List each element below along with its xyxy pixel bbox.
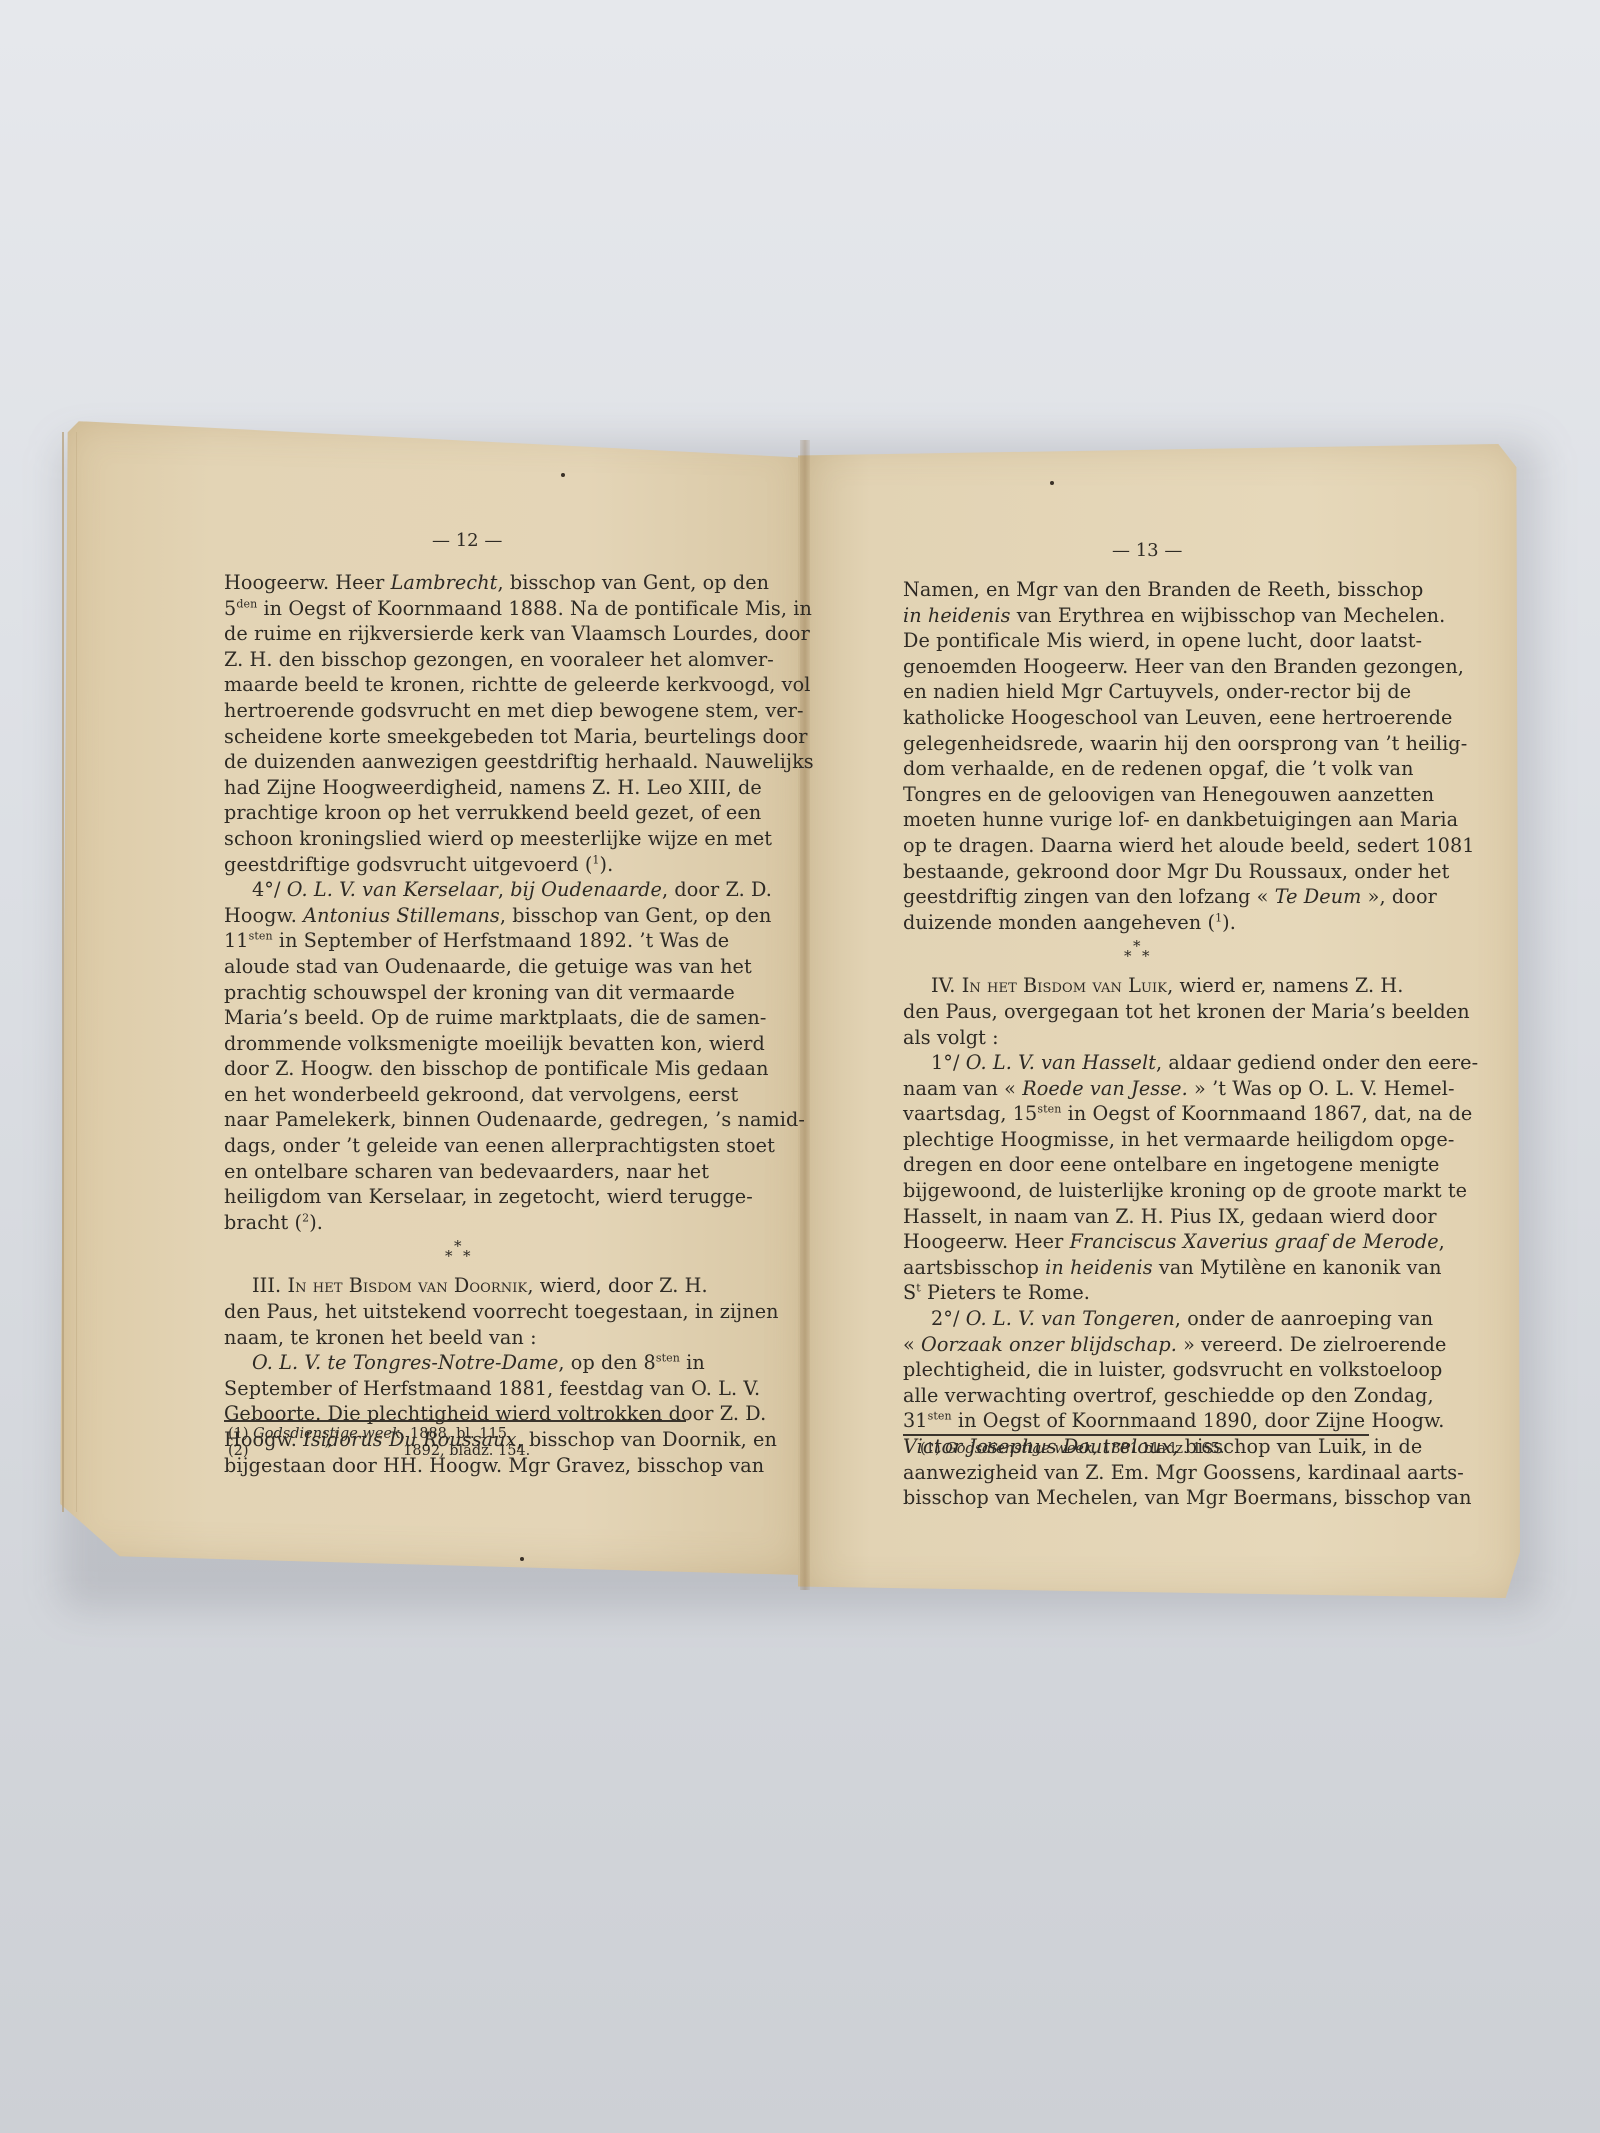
text-line: in heidenis van Erythrea en wijbisschop … bbox=[903, 603, 1373, 629]
left-page-body-text: Hoogeerw. Heer Lambrecht, bisschop van G… bbox=[224, 570, 694, 1478]
left-page-footnotes: (1) Godsdienstige week, 1888, bl. 115.(2… bbox=[228, 1426, 530, 1460]
text-line: dregen en door eene ontelbare en ingetog… bbox=[903, 1152, 1373, 1178]
text-line: gelegenheidsrede, waarin hij den oorspro… bbox=[903, 731, 1373, 757]
text-line: de ruime en rijkversierde kerk van Vlaam… bbox=[224, 621, 694, 647]
text-line: hertroerende godsvrucht en met diep bewo… bbox=[224, 698, 694, 724]
text-line: Tongres en de geloovigen van Henegouwen … bbox=[903, 782, 1373, 808]
text-line: 2°/ O. L. V. van Tongeren, onder de aanr… bbox=[903, 1306, 1373, 1332]
text-line: heiligdom van Kerselaar, in zegetocht, w… bbox=[224, 1184, 694, 1210]
text-line: katholicke Hoogeschool van Leuven, eene … bbox=[903, 705, 1373, 731]
page-number-left: — 12 — bbox=[432, 530, 502, 551]
text-line: bestaande, gekroond door Mgr Du Roussaux… bbox=[903, 859, 1373, 885]
text-line: Geboorte. Die plechtigheid wierd voltrok… bbox=[224, 1401, 694, 1427]
text-line: dom verhaalde, en de redenen opgaf, die … bbox=[903, 756, 1373, 782]
text-line: en ontelbare scharen van bedevaarders, n… bbox=[224, 1159, 694, 1185]
text-line: dags, onder ’t geleide van eenen allerpr… bbox=[224, 1133, 694, 1159]
text-line: prachtige kroon op het verrukkend beeld … bbox=[224, 800, 694, 826]
text-line: 11sten in September of Herfstmaand 1892.… bbox=[224, 928, 694, 954]
paper-speck bbox=[561, 473, 565, 477]
text-line: en het wonderbeeld gekroond, dat vervolg… bbox=[224, 1082, 694, 1108]
text-line: aartsbisschop in heidenis van Mytilène e… bbox=[903, 1255, 1373, 1281]
asterism-divider: *** bbox=[224, 1235, 694, 1273]
text-line: naam van « Roede van Jesse. » ’t Was op … bbox=[903, 1076, 1373, 1102]
text-line: Namen, en Mgr van den Branden de Reeth, … bbox=[903, 577, 1373, 603]
asterism-divider: *** bbox=[903, 935, 1373, 973]
text-line: bijgewoond, de luisterlijke kroning op d… bbox=[903, 1178, 1373, 1204]
text-line: O. L. V. te Tongres-Notre-Dame, op den 8… bbox=[224, 1350, 694, 1376]
text-line: 31sten in Oegst of Koornmaand 1890, door… bbox=[903, 1408, 1373, 1434]
text-line: naar Pamelekerk, binnen Oudenaarde, gedr… bbox=[224, 1107, 694, 1133]
footnote-rule-left bbox=[224, 1420, 686, 1422]
text-line: De pontificale Mis wierd, in opene lucht… bbox=[903, 628, 1373, 654]
text-line: geestdriftig zingen van den lofzang « Te… bbox=[903, 884, 1373, 910]
text-line: genoemden Hoogeerw. Heer van den Branden… bbox=[903, 654, 1373, 680]
text-line: naam, te kronen het beeld van : bbox=[224, 1325, 694, 1351]
text-line: III. In het Bisdom van Doornik, wierd, d… bbox=[224, 1273, 694, 1299]
footnote: (1) Godsdienstige week, 1888, bl. 115. bbox=[228, 1426, 530, 1443]
text-line: den Paus, het uitstekend voorrecht toege… bbox=[224, 1299, 694, 1325]
text-line: door Z. Hoogw. den bisschop de pontifica… bbox=[224, 1056, 694, 1082]
text-line: den Paus, overgegaan tot het kronen der … bbox=[903, 999, 1373, 1025]
text-line: Hoogeerw. Heer Franciscus Xaverius graaf… bbox=[903, 1229, 1373, 1255]
text-line: alle verwachting overtrof, geschiedde op… bbox=[903, 1383, 1373, 1409]
text-line: « Oorzaak onzer blijdschap. » vereerd. D… bbox=[903, 1332, 1373, 1358]
text-line: bracht (2). bbox=[224, 1210, 694, 1236]
page-stack-edge bbox=[62, 432, 77, 1512]
paper-speck bbox=[1050, 481, 1054, 485]
text-line: scheidene korte smeekgebeden tot Maria, … bbox=[224, 724, 694, 750]
text-line: Hoogw. Antonius Stillemans, bisschop van… bbox=[224, 903, 694, 929]
page-number-right: — 13 — bbox=[1112, 540, 1182, 561]
text-line: 4°/ O. L. V. van Kerselaar, bij Oudenaar… bbox=[224, 877, 694, 903]
text-line: als volgt : bbox=[903, 1025, 1373, 1051]
text-line: aloude stad van Oudenaarde, die getuige … bbox=[224, 954, 694, 980]
text-line: vaartsdag, 15sten in Oegst of Koornmaand… bbox=[903, 1101, 1373, 1127]
text-line: op te dragen. Daarna wierd het aloude be… bbox=[903, 833, 1373, 859]
text-line: Maria’s beeld. Op de ruime marktplaats, … bbox=[224, 1005, 694, 1031]
text-line: aanwezigheid van Z. Em. Mgr Goossens, ka… bbox=[903, 1460, 1373, 1486]
text-line: plechtige Hoogmisse, in het vermaarde he… bbox=[903, 1127, 1373, 1153]
text-line: plechtigheid, die in luister, godsvrucht… bbox=[903, 1357, 1373, 1383]
text-line: IV. In het Bisdom van Luik, wierd er, na… bbox=[903, 973, 1373, 999]
text-line: schoon kroningslied wierd op meesterlijk… bbox=[224, 826, 694, 852]
text-line: duizende monden aangeheven (1). bbox=[903, 910, 1373, 936]
text-line: 5den in Oegst of Koornmaand 1888. Na de … bbox=[224, 596, 694, 622]
text-line: Hasselt, in naam van Z. H. Pius IX, geda… bbox=[903, 1204, 1373, 1230]
text-line: had Zijne Hoogweerdigheid, namens Z. H. … bbox=[224, 775, 694, 801]
text-line: prachtig schouwspel der kroning van dit … bbox=[224, 980, 694, 1006]
text-line: de duizenden aanwezigen geestdriftig her… bbox=[224, 749, 694, 775]
text-line: drommende volksmenigte moeilijk bevatten… bbox=[224, 1031, 694, 1057]
text-line: en nadien hield Mgr Cartuyvels, onder-re… bbox=[903, 679, 1373, 705]
right-page-footnotes: (1) Godsdienstige week, 1881 bladz. 165. bbox=[920, 1441, 1225, 1458]
footnote: (2) ”1892, bladz. 154. bbox=[228, 1443, 530, 1460]
text-line: bisschop van Mechelen, van Mgr Boermans,… bbox=[903, 1485, 1373, 1511]
text-line: September of Herfstmaand 1881, feestdag … bbox=[224, 1376, 694, 1402]
text-line: St Pieters te Rome. bbox=[903, 1280, 1373, 1306]
text-line: Hoogeerw. Heer Lambrecht, bisschop van G… bbox=[224, 570, 694, 596]
paper-speck bbox=[520, 1557, 524, 1561]
footnote-rule-right bbox=[903, 1434, 1369, 1436]
text-line: maarde beeld te kronen, richtte de gelee… bbox=[224, 672, 694, 698]
right-page-body-text: Namen, en Mgr van den Branden de Reeth, … bbox=[903, 577, 1373, 1511]
text-line: Z. H. den bisschop gezongen, en vooralee… bbox=[224, 647, 694, 673]
text-line: geestdriftige godsvrucht uitgevoerd (1). bbox=[224, 852, 694, 878]
text-line: 1°/ O. L. V. van Hasselt, aldaar gediend… bbox=[903, 1050, 1373, 1076]
footnote: (1) Godsdienstige week, 1881 bladz. 165. bbox=[920, 1441, 1225, 1458]
text-line: moeten hunne vurige lof- en dankbetuigin… bbox=[903, 807, 1373, 833]
